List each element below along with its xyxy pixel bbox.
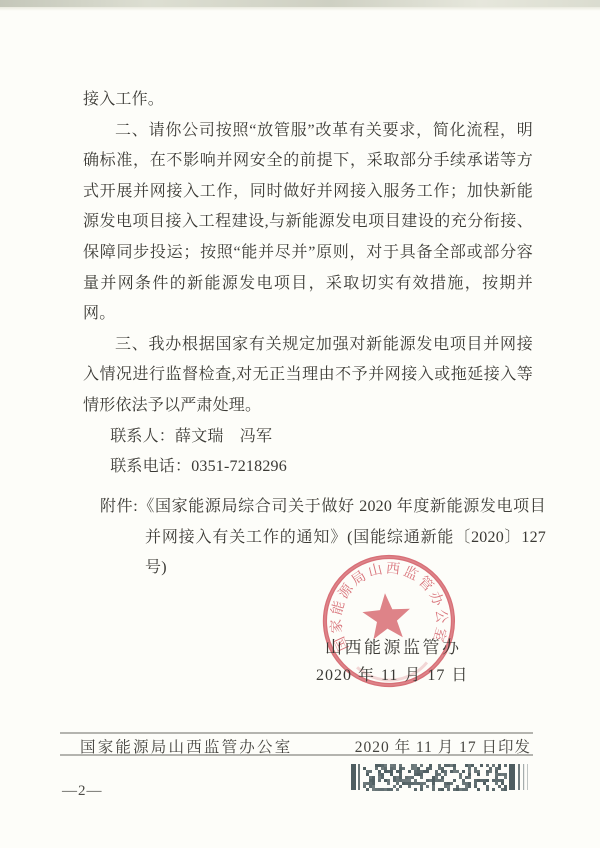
paragraph: 二、请你公司按照“放管服”改革有关要求，简化流程，明确标准，在不影响并网安全的前… <box>83 116 533 330</box>
paragraph: 联系电话：0351-7218296 <box>83 452 533 483</box>
signature-date: 2020 年 11 月 17 日 <box>316 662 468 685</box>
footer-rule-bottom <box>60 754 533 756</box>
paragraph: 三、我办根据国家有关规定加强对新能源发电项目并网接入情况进行监督检查,对无正当理… <box>83 330 533 422</box>
document-barcode <box>351 764 529 791</box>
attachment-title: 《国家能源局综合司关于做好 2020 年度新能源发电项目并网接入有关工作的通知》… <box>138 498 546 576</box>
paragraph: 联系人：薛文瑞 冯军 <box>83 422 533 453</box>
footer-rule-top <box>60 732 533 734</box>
body-text: 接入工作。二、请你公司按照“放管服”改革有关要求，简化流程，明确标准，在不影响并… <box>83 85 533 483</box>
scan-top-edge-fade <box>0 7 600 11</box>
attachment-label: 附件: <box>100 498 138 515</box>
document-page: 接入工作。二、请你公司按照“放管服”改革有关要求，简化流程，明确标准，在不影响并… <box>0 0 600 848</box>
paragraph: 接入工作。 <box>83 85 533 116</box>
signature-office: 山西能源监管办 <box>325 633 462 658</box>
scan-top-edge <box>0 0 600 7</box>
attachment-reference: 附件:《国家能源局综合司关于做好 2020 年度新能源发电项目并网接入有关工作的… <box>83 492 546 584</box>
page-number: —2— <box>62 783 103 800</box>
